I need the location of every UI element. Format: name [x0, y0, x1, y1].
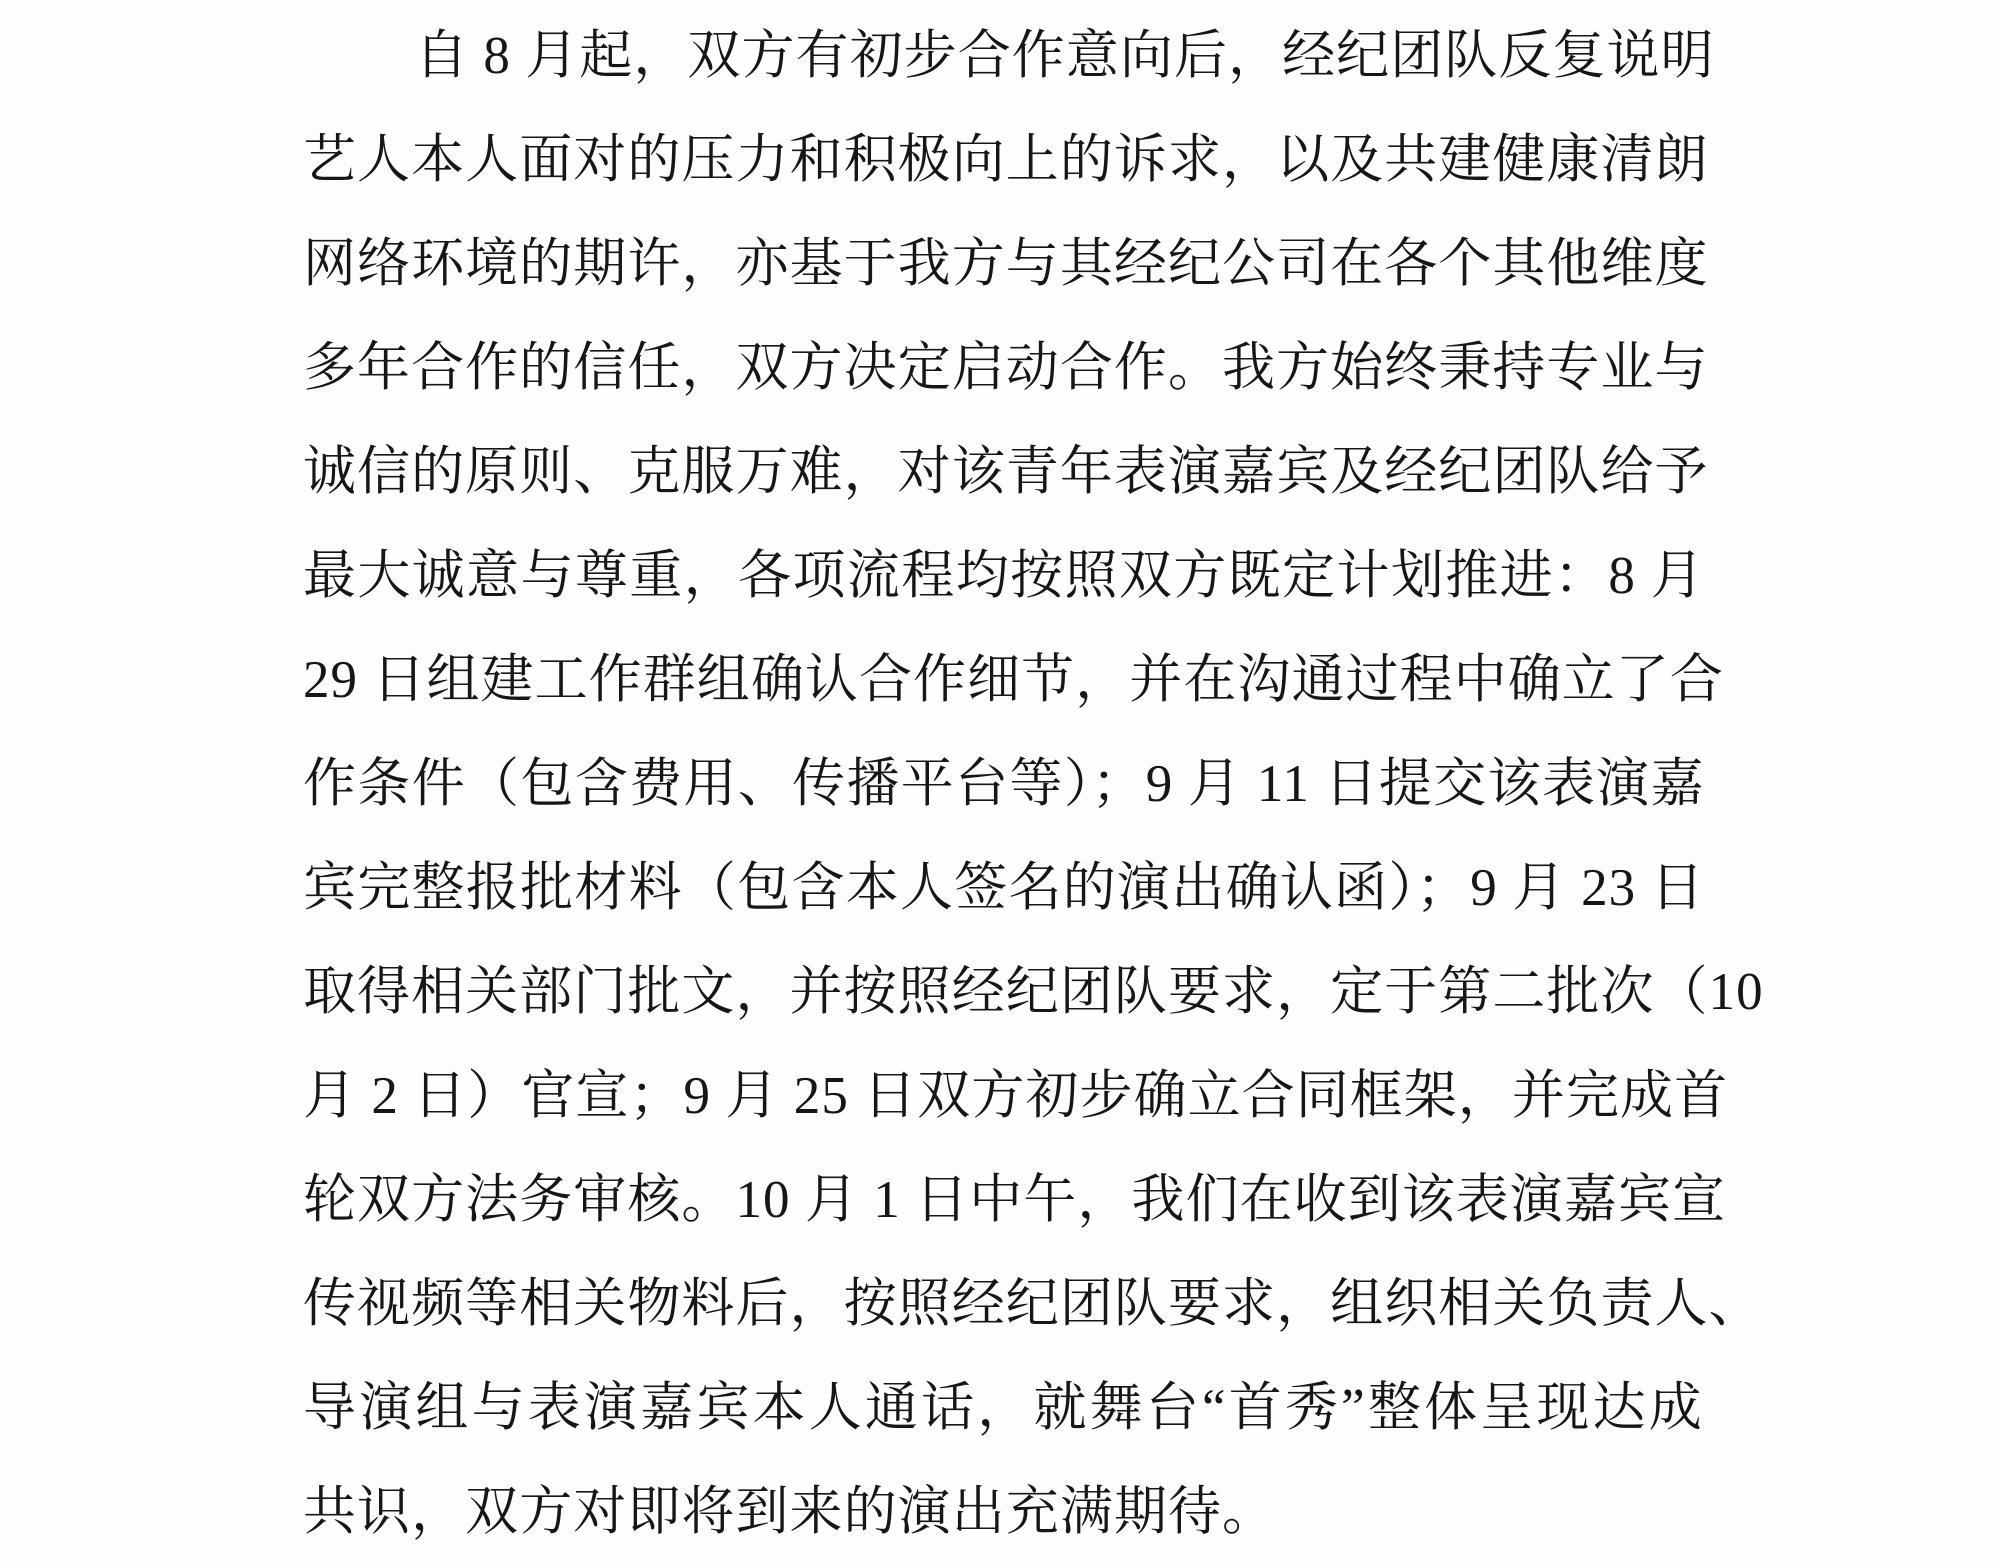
- text-line: 艺人本人面对的压力和积极向上的诉求，以及共建健康清朗: [303, 108, 1705, 212]
- text-line: 导演组与表演嘉宾本人通话，就舞台“首秀”整体呈现达成: [303, 1356, 1705, 1460]
- text-line: 29 日组建工作群组确认合作细节，并在沟通过程中确立了合: [303, 628, 1705, 732]
- text-line: 诚信的原则、克服万难，对该青年表演嘉宾及经纪团队给予: [303, 420, 1705, 524]
- text-line: 最大诚意与尊重，各项流程均按照双方既定计划推进：8 月: [303, 524, 1705, 628]
- text-line: 网络环境的期许，亦基于我方与其经纪公司在各个其他维度: [303, 212, 1705, 316]
- document-page: 自 8 月起，双方有初步合作意向后，经纪团队反复说明 艺人本人面对的压力和积极向…: [0, 0, 2000, 1567]
- text-line: 取得相关部门批文，并按照经纪团队要求，定于第二批次（10: [303, 940, 1705, 1044]
- text-line: 多年合作的信任，双方决定启动合作。我方始终秉持专业与: [303, 316, 1705, 420]
- text-line: 共识，双方对即将到来的演出充满期待。: [303, 1460, 1705, 1564]
- text-line: 作条件（包含费用、传播平台等）；9 月 11 日提交该表演嘉: [303, 732, 1705, 836]
- text-line: 宾完整报批材料（包含本人签名的演出确认函）；9 月 23 日: [303, 836, 1705, 940]
- text-line: 月 2 日）官宣；9 月 25 日双方初步确立合同框架，并完成首: [303, 1044, 1705, 1148]
- statement-paragraph: 自 8 月起，双方有初步合作意向后，经纪团队反复说明 艺人本人面对的压力和积极向…: [303, 4, 1705, 1564]
- text-line: 自 8 月起，双方有初步合作意向后，经纪团队反复说明: [303, 4, 1705, 108]
- text-line: 轮双方法务审核。10 月 1 日中午，我们在收到该表演嘉宾宣: [303, 1148, 1705, 1252]
- text-line: 传视频等相关物料后，按照经纪团队要求，组织相关负责人、: [303, 1252, 1705, 1356]
